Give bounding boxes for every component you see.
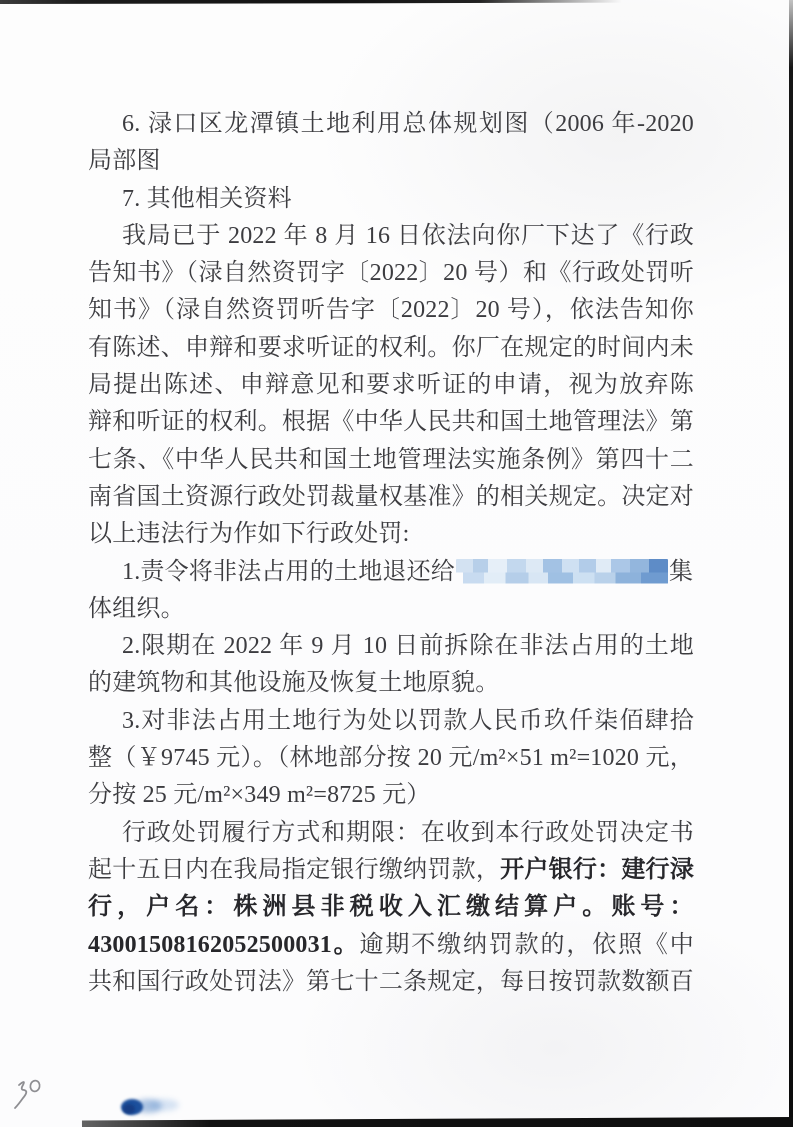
doc-line: 体组织。 xyxy=(88,591,694,628)
redaction-blur xyxy=(456,559,668,584)
doc-line-redacted: 1.责令将非法占用的土地退还给集 xyxy=(88,554,694,591)
doc-line: 局部图 xyxy=(88,143,694,180)
doc-line: 辩和听证的权利。根据《中华人民共和国土地管理法》第七十 xyxy=(88,404,694,441)
doc-line: 告知书》（渌自然资罚字〔2022〕20 号）和《行政处罚听证告 xyxy=(88,255,694,292)
doc-line: 分按 25 元/m²×349 m²=8725 元） xyxy=(88,777,694,814)
doc-line: 七条、《中华人民共和国土地管理法实施条例》第四十二条和《湖 xyxy=(88,442,694,479)
doc-line: 以上违法行为作如下行政处罚: xyxy=(88,516,694,553)
scan-edge-bottom xyxy=(82,1117,793,1127)
doc-line-account-number: 43001508162052500031。逾期不缴纳罚款的，依照《中华人民 xyxy=(88,927,694,964)
doc-line: 我局已于 2022 年 8 月 16 日依法向你厂下达了《行政处罚 xyxy=(88,218,694,255)
doc-line: 6. 渌口区龙潭镇土地利用总体规划图（2006 年-2020 年） xyxy=(88,106,694,143)
doc-line: 知书》（渌自然资罚听告字〔2022〕20 号），依法告知你厂享 xyxy=(88,292,694,329)
scanned-document-page: 6. 渌口区龙潭镇土地利用总体规划图（2006 年-2020 年） 局部图 7.… xyxy=(0,0,793,1127)
doc-line: 的建筑物和其他设施及恢复土地原貌。 xyxy=(88,665,694,702)
doc-line-bank: 起十五日内在我局指定银行缴纳罚款，开户银行：建行渌口支 xyxy=(88,852,694,889)
doc-line: 整（￥9745 元）。（林地部分按 20 元/m²×51 m²=1020 元，耕… xyxy=(88,740,694,777)
doc-line: 局提出陈述、申辩意见和要求听证的申请，视为放弃陈述、申 xyxy=(88,367,694,404)
doc-text: 1.责令将非法占用的土地退还给 xyxy=(122,559,455,585)
handwritten-page-number xyxy=(8,1076,50,1118)
scan-edge-top xyxy=(0,0,648,4)
document-body: 6. 渌口区龙潭镇土地利用总体规划图（2006 年-2020 年） 局部图 7.… xyxy=(88,106,694,1001)
account-name-bold: 行，户名：株洲县非税收入汇缴结算户。账号： xyxy=(88,894,694,920)
doc-line: 7. 其他相关资料 xyxy=(88,181,694,218)
doc-line: 2.限期在 2022 年 9 月 10 日前拆除在非法占用的土地上新建 xyxy=(88,628,694,665)
doc-line: 行政处罚履行方式和期限：在收到本行政处罚决定书之日 xyxy=(88,815,694,852)
doc-line: 3.对非法占用土地行为处以罚款人民币玖仟柒佰肆拾伍元 xyxy=(88,703,694,740)
doc-line-account-name: 行，户名：株洲县非税收入汇缴结算户。账号： xyxy=(88,889,694,926)
scan-edge-right xyxy=(789,0,793,1127)
doc-line: 共和国行政处罚法》第七十二条规定，每日按罚款数额百分之 xyxy=(88,964,694,1001)
ink-blot xyxy=(118,1093,184,1121)
doc-line: 有陈述、申辩和要求听证的权利。你厂在规定的时间内未向我 xyxy=(88,330,694,367)
account-number-bold: 43001508162052500031。 xyxy=(88,932,360,958)
doc-line: 南省国土资源行政处罚裁量权基准》的相关规定。决定对你厂 xyxy=(88,479,694,516)
doc-text: 集 xyxy=(669,559,693,585)
doc-text: 起十五日内在我局指定银行缴纳罚款， xyxy=(88,857,500,883)
